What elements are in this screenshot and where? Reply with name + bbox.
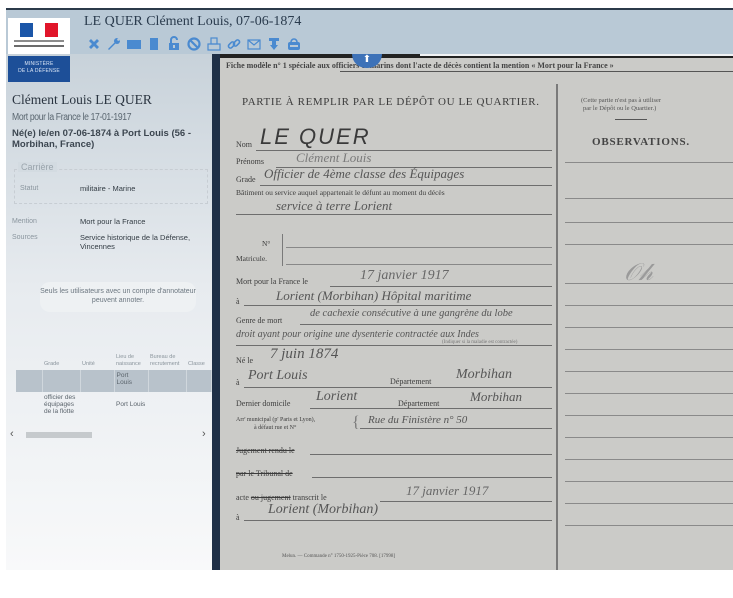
departement2-value: Morbihan [470,389,522,405]
lieu-deces-value: Lorient (Morbihan) Hôpital maritime [276,288,471,304]
ministry-logo: MINISTÈRE DE LA DÉFENSE [8,56,70,82]
mort-pour-la-france-line: Mort pour la France le 17-01-1917 [12,112,131,123]
grade-value: Officier de 4ème classe des Équipages [264,166,464,182]
genre-value-1: de cachexie consécutive à une gangrène d… [310,308,513,319]
ne-label: Né le [236,356,253,365]
nom-value: LE QUER [260,124,371,150]
table-cell: Port Louis [114,392,148,417]
arr-label-1: Arr' municipal (p' Paris et Lyon), [236,417,315,423]
table-header-row: Grade Unité Lieu de naissance Bureau de … [16,344,212,370]
basket-icon[interactable] [286,36,302,52]
record-title: LE QUER Clément Louis, 07-06-1874 [84,14,301,30]
acte-label-3: transcrit le [293,493,327,502]
prenoms-value: Clément Louis [296,150,371,166]
layout-horizontal-icon[interactable] [126,36,142,52]
status-label: Statut [20,185,38,192]
column-header [16,344,42,370]
domicile-value: Lorient [316,389,357,405]
departement2-label: Département [398,399,439,408]
transcrit-a-value: Lorient (Morbihan) [268,502,378,518]
column-header-grade[interactable]: Grade [42,344,80,370]
departement-label: Département [390,377,431,386]
block-icon[interactable] [186,36,202,52]
link-icon[interactable] [226,36,242,52]
mail-icon[interactable] [246,36,262,52]
table-cell [80,370,114,392]
genre-value-2: droit ayant pour origine une dysenterie … [236,329,479,340]
table-cell [16,392,42,417]
column-header-unite[interactable]: Unité [80,344,114,370]
table-row[interactable]: officier des équipages de la flotte Port… [16,392,212,417]
table-cell [148,392,186,417]
acte-label-1: acte [236,493,249,502]
mpf-value: 17 janvier 1917 [360,268,449,284]
acte-value: 17 janvier 1917 [406,483,488,499]
ne-a-label: à [236,378,240,387]
ministry-line-1: MINISTÈRE [8,61,70,68]
grade-label: Grade [236,175,256,184]
column-header-bureau-recrutement[interactable]: Bureau de recrutement [148,344,186,370]
sources-value: Service historique de la Défense, Vincen… [80,233,206,251]
table-cell [186,370,212,392]
scroll-left-arrow-icon[interactable]: ‹ [10,428,14,440]
side-note-1: (Cette partie n'est pas à utiliser [581,97,661,104]
scroll-right-arrow-icon[interactable]: › [202,428,206,440]
acte-label: acte ou jugement transcrit le [236,493,327,502]
prenoms-label: Prénoms [236,157,264,166]
table-cell: officier des équipages de la flotte [42,392,80,417]
deces-a-label: à [236,297,240,306]
french-flag-icon [20,23,58,37]
app-frame: LE QUER Clément Louis, 07-06-1874 [6,8,733,570]
table-cell [80,392,114,417]
arr-value: Rue du Finistère n° 50 [368,414,467,426]
toolbar [86,35,302,53]
column-header-classe[interactable]: Classe [186,344,212,370]
career-legend: Carrière [18,162,57,172]
record-sidebar: MINISTÈRE DE LA DÉFENSE Clément Louis LE… [6,54,212,570]
table-cell: Port Louis [114,370,148,392]
print-icon[interactable] [206,36,222,52]
table-cell [186,392,212,417]
scrollbar-thumb[interactable] [26,432,92,438]
observation-scribble: 𝒪𝒽 [624,260,653,287]
sources-label: Sources [12,234,38,241]
birth-info: Né(e) le/en 07-06-1874 à Port Louis (56 … [12,128,208,150]
wrench-icon[interactable] [106,36,122,52]
table-cell [148,370,186,392]
ne-value: 7 juin 1874 [270,346,338,363]
transcrit-a-label: à [236,513,240,522]
observations-title: OBSERVATIONS. [592,136,690,148]
column-header-lieu-naissance[interactable]: Lieu de naissance [114,344,148,370]
side-note-2: par le Dépôt ou le Quartier.) [583,105,656,112]
document-viewer[interactable]: Fiche modèle n° 1 spéciale aux officiers… [220,54,733,570]
tribunal-label: par le Tribunal de [236,469,293,478]
header-bar: LE QUER Clément Louis, 07-06-1874 [6,8,733,54]
horizontal-scrollbar[interactable]: ‹ › [10,430,210,440]
table-cell [16,370,42,392]
panel-divider[interactable] [212,54,220,570]
table-cell [42,370,80,392]
doc-heading: Fiche modèle n° 1 spéciale aux officiers… [226,61,614,70]
person-name: Clément Louis LE QUER [12,92,152,108]
arr-label-2: à défaut rue et N° [254,425,296,431]
matricule-label-1: N° [262,239,270,248]
unit-table: Grade Unité Lieu de naissance Bureau de … [16,344,212,417]
table-row[interactable]: Port Louis [16,370,212,392]
batiment-value: service à terre Lorient [276,198,392,214]
doc-footer: Melun. — Commande n° 1750-1925-Pièce 708… [282,554,395,559]
unlock-icon[interactable] [166,36,182,52]
section-title: PARTIE À REMPLIR PAR LE DÉPÔT OU LE QUAR… [242,96,540,108]
layout-vertical-icon[interactable] [146,36,162,52]
annotation-notice: Seuls les utilisateurs avec un compte d'… [40,282,196,312]
genre-label: Genre de mort [236,316,282,325]
domicile-label: Dernier domicile [236,399,290,408]
batiment-label: Bâtiment ou service auquel appartenait l… [236,188,445,197]
nom-label: Nom [236,140,252,149]
mpf-label: Mort pour la France le [236,277,308,286]
mention-label: Mention [12,218,37,225]
ministry-line-2: DE LA DÉFENSE [8,68,70,75]
jugement-label: Jugement rendu le [236,446,295,455]
mention-value: Mort pour la France [80,217,145,226]
departement-value: Morbihan [456,367,512,383]
acte-label-2: ou jugement [251,493,291,502]
status-value: militaire - Marine [80,184,135,193]
republic-logo [8,18,70,58]
close-icon[interactable] [86,36,102,52]
brace-glyph: { [352,414,360,432]
ne-lieu-value: Port Louis [248,368,308,384]
matricule-label-2: Matricule. [236,254,267,263]
download-icon[interactable] [266,36,282,52]
